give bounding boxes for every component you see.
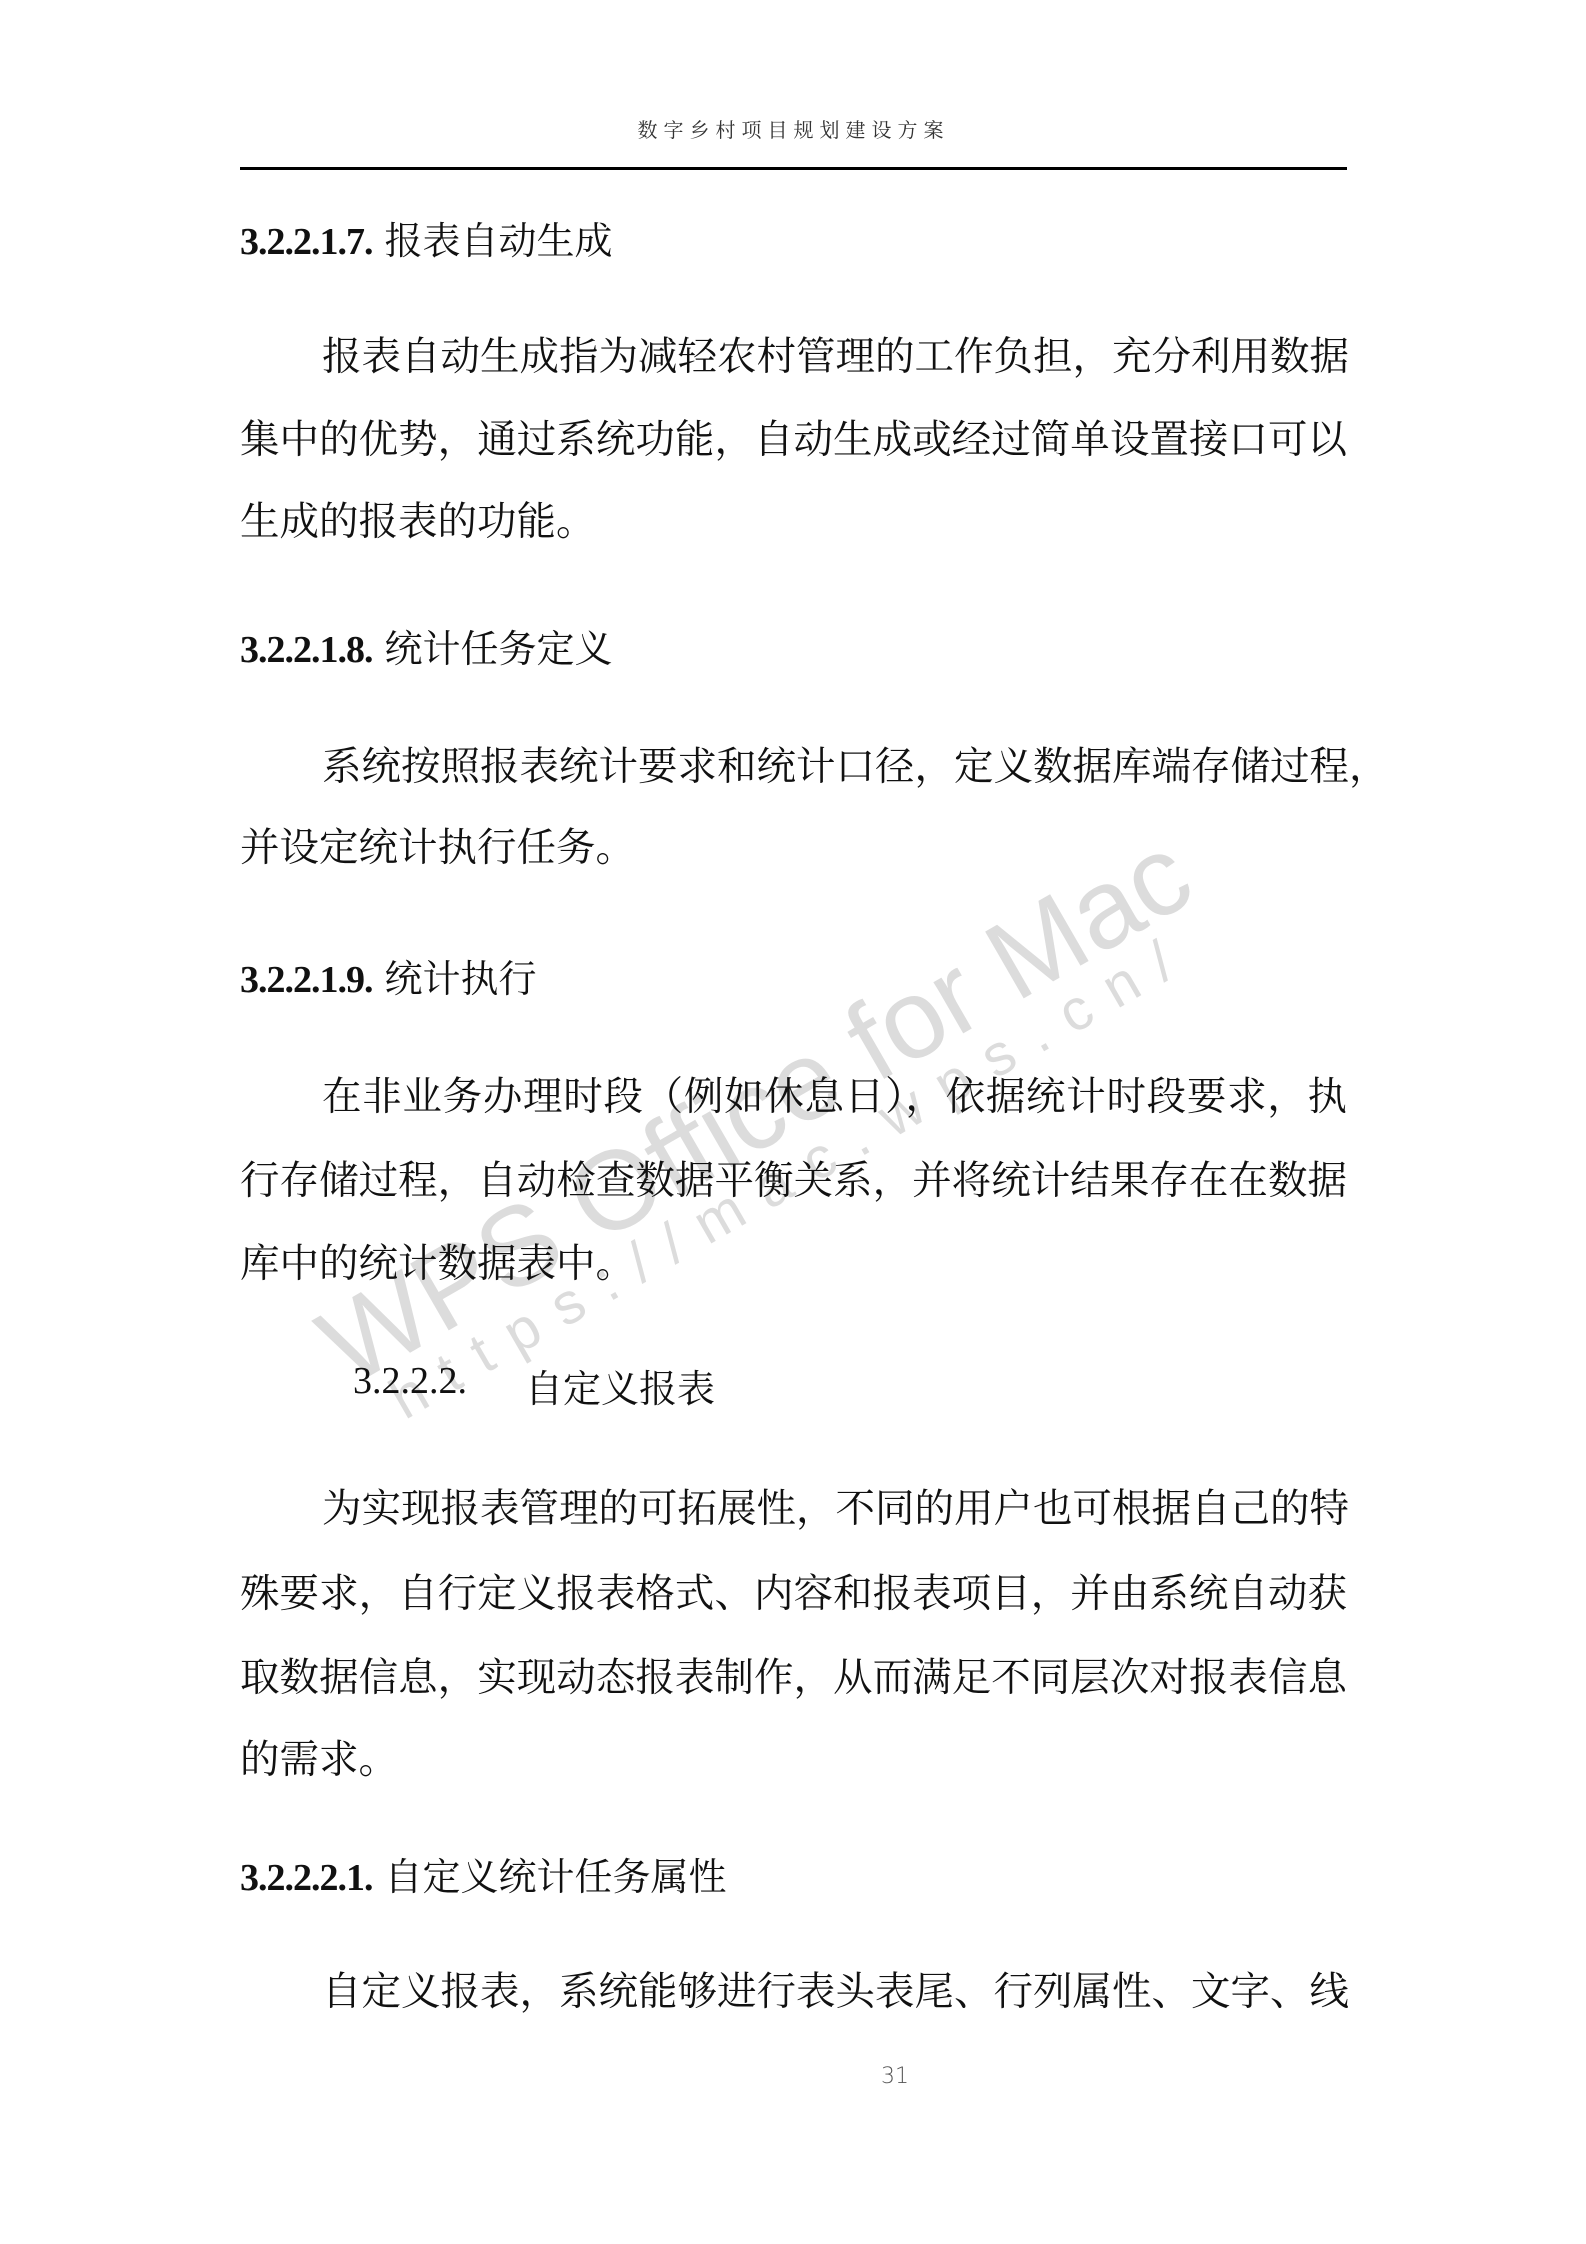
paragraph-line: 殊要求，自行定义报表格式、内容和报表项目，并由系统自动获	[240, 1570, 1347, 1618]
section-heading-3-2-2-1-7: 3.2.2.1.7.报表自动生成	[240, 210, 613, 265]
section-number: 3.2.2.1.7.	[240, 221, 373, 263]
section-number: 3.2.2.2.1.	[240, 1857, 373, 1899]
section-heading-3-2-2-2-1: 3.2.2.2.1.自定义统计任务属性	[240, 1846, 727, 1901]
section-title: 自定义报表	[525, 1358, 715, 1413]
section-heading-3-2-2-2: 3.2.2.2. 自定义报表	[353, 1358, 467, 1403]
section-number: 3.2.2.2.	[353, 1360, 467, 1402]
section-number: 3.2.2.1.8.	[240, 629, 373, 671]
paragraph-line: 集中的优势，通过系统功能，自动生成或经过简单设置接口可以	[240, 416, 1347, 464]
paragraph-line: 的需求。	[240, 1736, 1347, 1784]
paragraph-line: 库中的统计数据表中。	[240, 1240, 1347, 1288]
paragraph-line: 系统按照报表统计要求和统计口径，定义数据库端存储过程，	[322, 743, 1347, 791]
section-title: 统计执行	[385, 957, 537, 1001]
paragraph-line: 报表自动生成指为减轻农村管理的工作负担，充分利用数据	[322, 333, 1347, 381]
section-title: 报表自动生成	[385, 219, 613, 263]
page-number: 31	[845, 2064, 945, 2089]
header-rule	[240, 167, 1347, 170]
paragraph-line: 在非业务办理时段（例如休息日），依据统计时段要求，执	[322, 1073, 1347, 1121]
section-title: 自定义统计任务属性	[385, 1855, 727, 1899]
section-heading-3-2-2-1-9: 3.2.2.1.9.统计执行	[240, 948, 537, 1003]
paragraph-line: 自定义报表，系统能够进行表头表尾、行列属性、文字、线	[322, 1968, 1347, 2016]
running-header: 数字乡村项目规划建设方案	[240, 114, 1347, 143]
section-number: 3.2.2.1.9.	[240, 959, 373, 1001]
paragraph-line: 生成的报表的功能。	[240, 498, 1347, 546]
section-heading-3-2-2-1-8: 3.2.2.1.8.统计任务定义	[240, 618, 613, 673]
document-page: WPS Office for Mac https://mac.wps.cn/ 数…	[0, 0, 1586, 2244]
paragraph-line: 行存储过程，自动检查数据平衡关系，并将统计结果存在在数据	[240, 1157, 1347, 1205]
section-title: 统计任务定义	[385, 627, 613, 671]
paragraph-line: 并设定统计执行任务。	[240, 824, 1347, 872]
paragraph-line: 取数据信息，实现动态报表制作，从而满足不同层次对报表信息	[240, 1654, 1347, 1702]
paragraph-line: 为实现报表管理的可拓展性，不同的用户也可根据自己的特	[322, 1485, 1347, 1533]
